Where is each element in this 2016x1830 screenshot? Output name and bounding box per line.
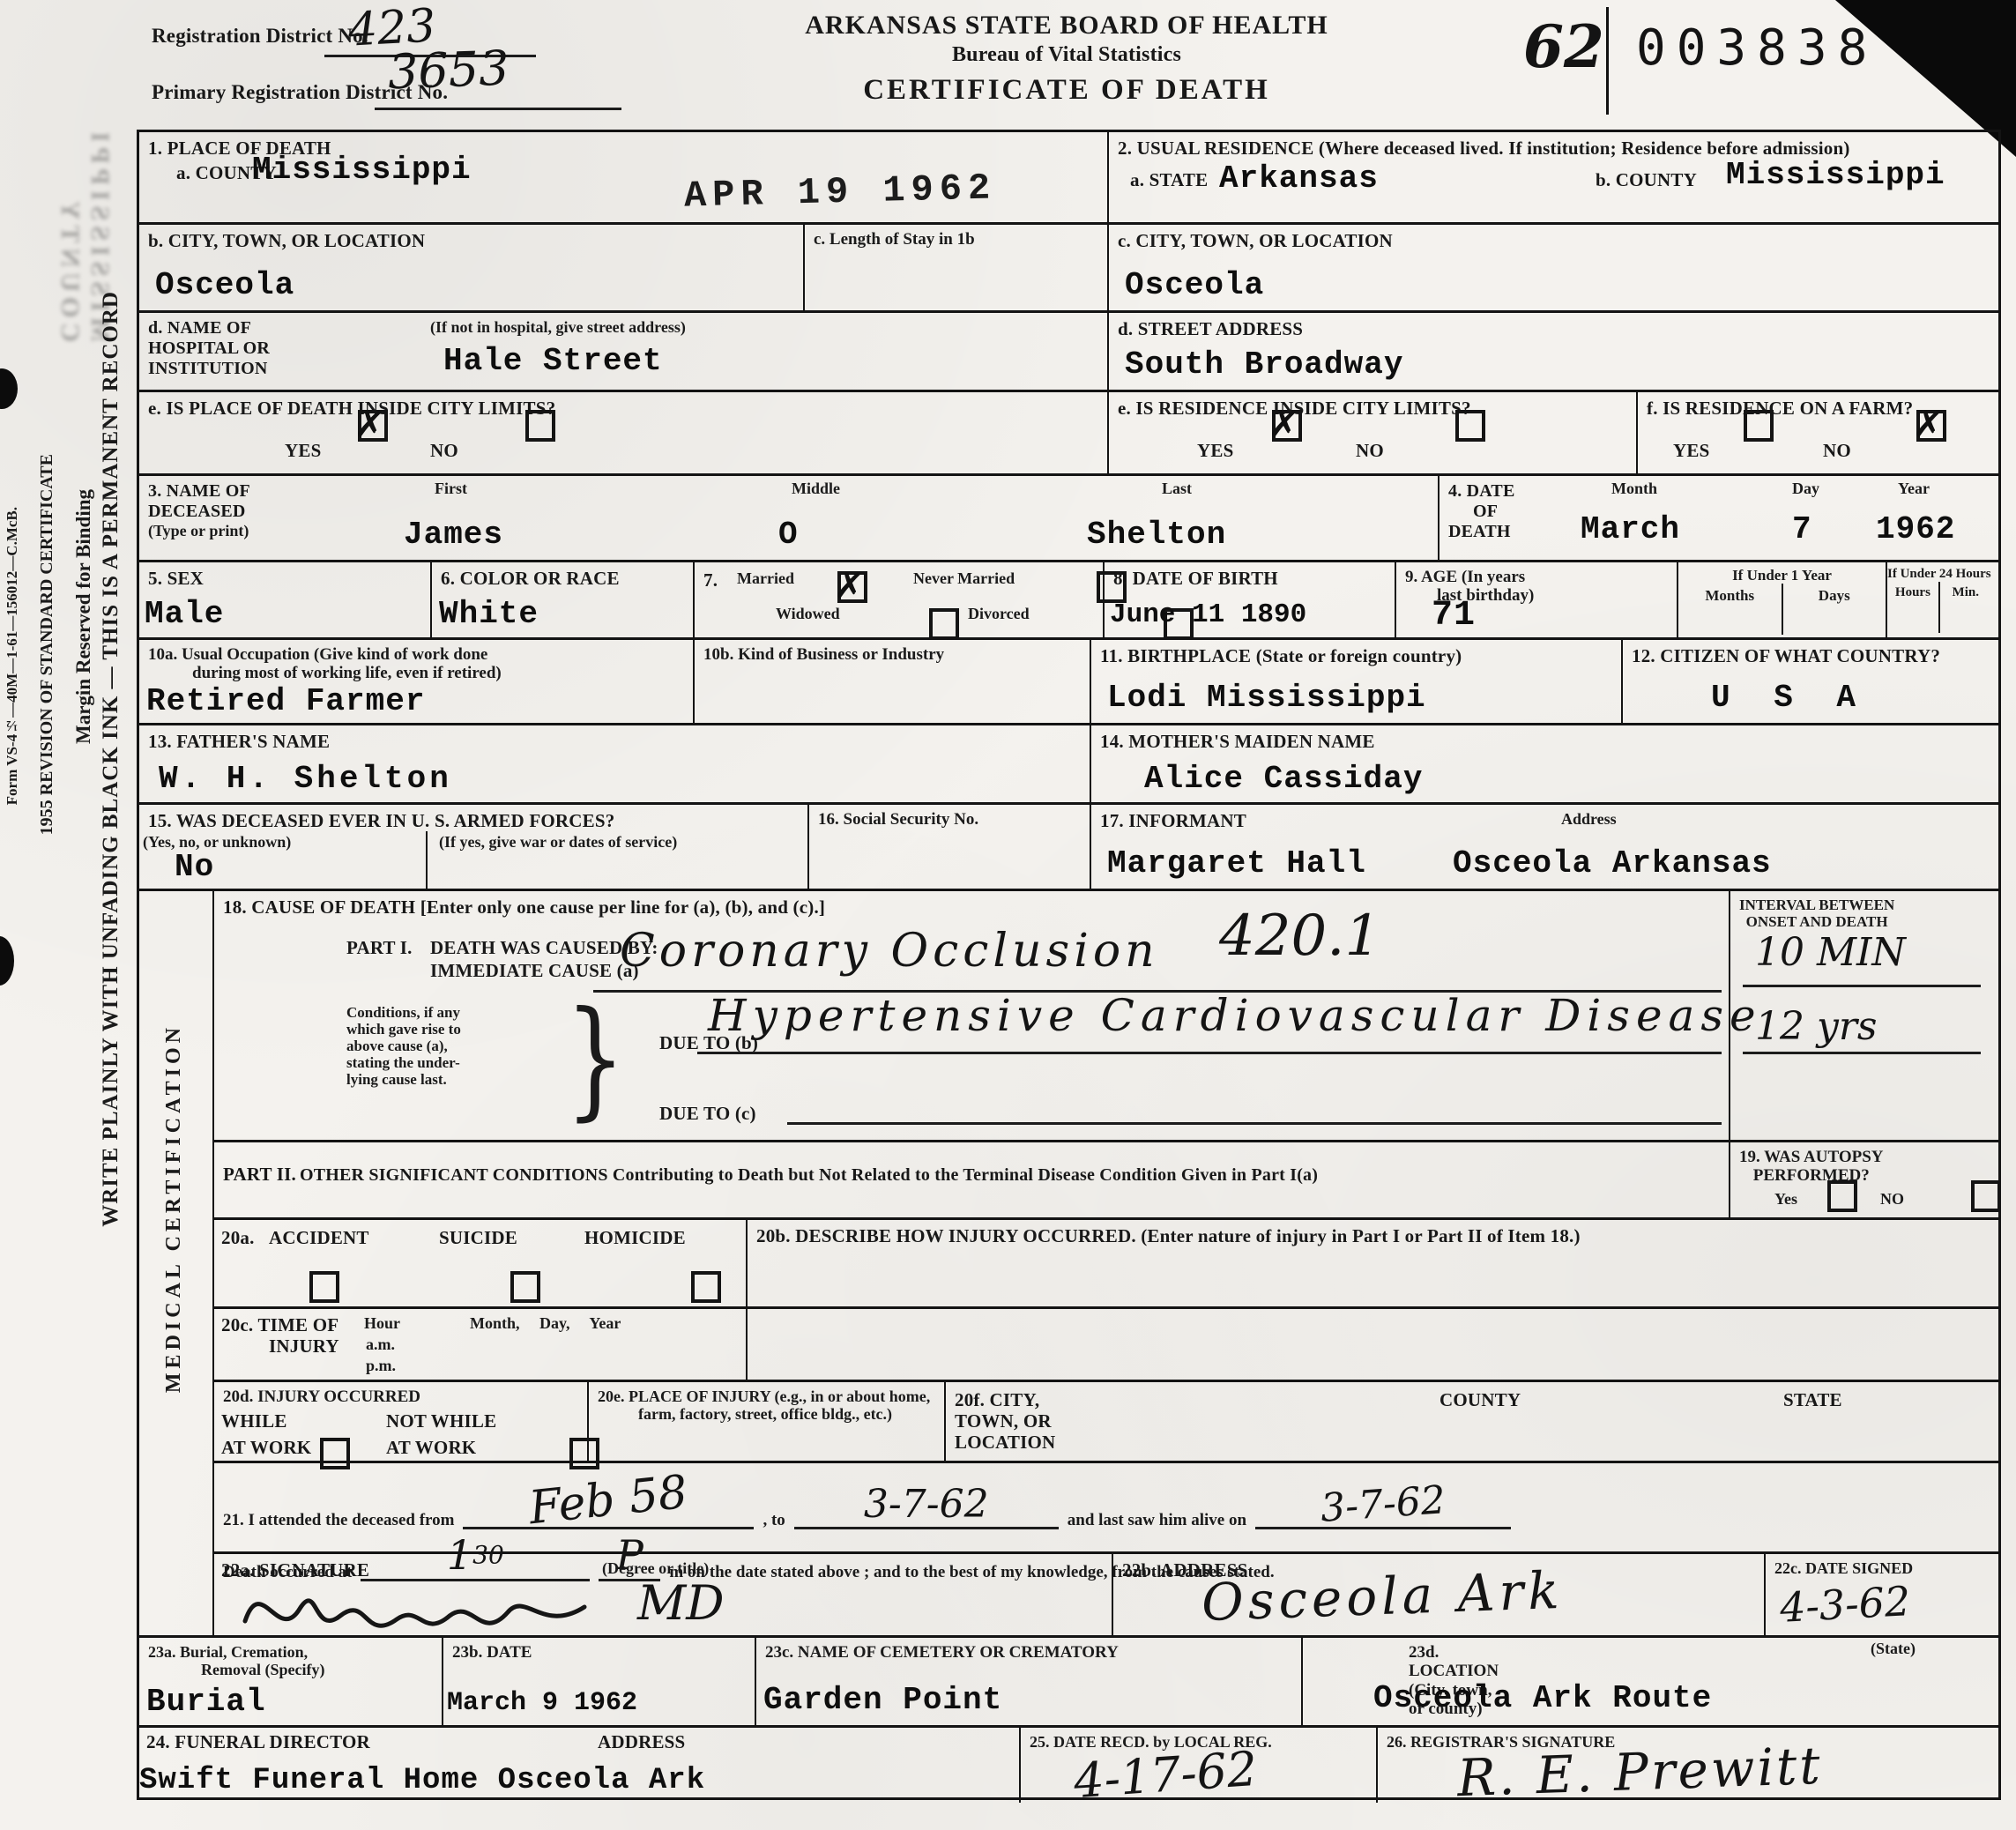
min-label: Min.: [1940, 582, 1991, 633]
certificate-number: 003838: [1636, 19, 1878, 77]
funeral-director-value[interactable]: Swift Funeral Home Osceola Ark: [139, 1764, 705, 1797]
cemetery-value[interactable]: Garden Point: [763, 1682, 1002, 1718]
interval-label: INTERVAL BETWEEN: [1739, 896, 1894, 913]
injury-county-label: COUNTY: [1439, 1389, 1521, 1410]
birthplace-cell: 11. BIRTHPLACE (State or foreign country…: [1091, 640, 1623, 723]
physician-signature-cell: 22a. SIGNATURE (Degree or title) MD: [214, 1554, 1113, 1635]
injury-blank-cell: [748, 1309, 765, 1380]
funeral-director-cell: 24. FUNERAL DIRECTOR ADDRESS Swift Funer…: [139, 1728, 1021, 1803]
board-title: ARKANSAS STATE BOARD OF HEALTH: [776, 11, 1358, 41]
death-month-value[interactable]: March: [1581, 511, 1680, 547]
hospital-cell: d. NAME OF HOSPITAL OR INSTITUTION (If n…: [139, 313, 1109, 390]
occupation-label: 10a. Usual Occupation (Give kind of work…: [148, 645, 684, 664]
sex-value[interactable]: Male: [145, 596, 224, 632]
informant-address-value[interactable]: Osceola Arkansas: [1453, 845, 1772, 882]
cemetery-label: 23c. NAME OF CEMETERY OR CREMATORY: [765, 1643, 1292, 1662]
father-name-value[interactable]: W. H. Shelton: [159, 761, 452, 797]
date-received-value[interactable]: 4-17-62: [1072, 1741, 1259, 1809]
sex-cell: 5. SEX Male: [139, 562, 432, 637]
primary-district-value[interactable]: 3653: [387, 41, 510, 100]
registration-district-label: Registration District No.: [152, 25, 368, 48]
place-city-label: b. CITY, TOWN, OR LOCATION: [148, 230, 794, 251]
residence-city-value[interactable]: Osceola: [1125, 267, 1264, 303]
death-limits-yes-checkbox[interactable]: ✗: [358, 410, 388, 442]
certificate-form: 1. PLACE OF DEATH a. COUNTY Mississippi …: [137, 130, 2001, 1800]
mother-name-cell: 14. MOTHER'S MAIDEN NAME Alice Cassiday: [1091, 725, 1384, 802]
burial-location-cell: 23d. LOCATION (City, town, or county) (S…: [1303, 1638, 1320, 1725]
last-saw-alive-field[interactable]: 3-7-62: [1255, 1482, 1511, 1529]
date-signed-cell: 22c. DATE SIGNED 4-3-62: [1766, 1554, 1922, 1635]
attended-to-field[interactable]: 3-7-62: [794, 1482, 1059, 1529]
burial-date-value[interactable]: March 9 1962: [447, 1688, 637, 1718]
burial-date-cell: 23b. DATE March 9 1962: [443, 1638, 756, 1725]
accident-checkbox[interactable]: [309, 1271, 339, 1303]
informant-label: 17. INFORMANT: [1100, 810, 1246, 831]
informant-value[interactable]: Margaret Hall: [1107, 845, 1366, 882]
residence-county-label: b. COUNTY: [1596, 169, 1697, 190]
registrar-signature-cell: 26. REGISTRAR'S SIGNATURE R. E. Prewitt: [1378, 1728, 1624, 1803]
physician-signature-scrawl[interactable]: [236, 1566, 589, 1637]
registrar-signature-value[interactable]: R. E. Prewitt: [1456, 1736, 1824, 1808]
injury-city-label: 20f. CITY, TOWN, OR LOCATION: [955, 1389, 1055, 1453]
suicide-checkbox[interactable]: [510, 1271, 540, 1303]
homicide-checkbox[interactable]: [691, 1271, 721, 1303]
autopsy-label: 19. WAS AUTOPSY: [1739, 1148, 1884, 1166]
attended-statement-cell: 21. I attended the deceased from Feb 58 …: [214, 1463, 1520, 1551]
age-value[interactable]: 71: [1432, 596, 1476, 636]
autopsy-no-checkbox[interactable]: [1971, 1180, 2001, 1212]
injury-city-cell: 20f. CITY, TOWN, OR LOCATION COUNTY STAT…: [946, 1382, 963, 1461]
time-of-injury-cell: 20c. TIME OF INJURY Hour a.m. p.m. Month…: [214, 1309, 748, 1380]
name-of-deceased-cell: 3. NAME OF DECEASED (Type or print) Firs…: [139, 476, 1439, 560]
race-label: 6. COLOR OR RACE: [441, 568, 684, 589]
race-cell: 6. COLOR OR RACE White: [432, 562, 695, 637]
residence-farm-label: f. IS RESIDENCE ON A FARM?: [1647, 398, 1913, 419]
residence-farm-cell: f. IS RESIDENCE ON A FARM? YES NO ✗: [1638, 392, 1922, 473]
conditions-brace: }: [565, 985, 626, 1134]
time-of-injury-label: 20c. TIME OF: [221, 1314, 338, 1335]
degree-value[interactable]: MD: [637, 1575, 725, 1631]
burial-state-label: (State): [1871, 1640, 1916, 1658]
occupation-value[interactable]: Retired Farmer: [146, 683, 425, 719]
autopsy-cell: 19. WAS AUTOPSY PERFORMED? Yes NO: [1730, 1142, 1893, 1217]
date-received-cell: 25. DATE RECD. by LOCAL REG. 4-17-62: [1021, 1728, 1378, 1803]
date-of-birth-cell: 8. DATE OF BIRTH June 11 1890: [1105, 562, 1396, 637]
place-city-value[interactable]: Osceola: [155, 267, 294, 303]
length-of-stay-label: c. Length of Stay in 1b: [814, 230, 1098, 249]
attended-label: 21. I attended the deceased from: [223, 1511, 454, 1529]
length-of-stay-cell: c. Length of Stay in 1b: [805, 225, 1109, 310]
mother-name-label: 14. MOTHER'S MAIDEN NAME: [1100, 731, 1375, 752]
residence-city-cell: c. CITY, TOWN, OR LOCATION Osceola: [1109, 225, 1402, 310]
funeral-director-label: 24. FUNERAL DIRECTOR: [146, 1731, 370, 1752]
age-cell: 9. AGE (In years last birthday) 71: [1396, 562, 1678, 637]
place-city-cell: b. CITY, TOWN, OR LOCATION Osceola: [139, 225, 805, 310]
death-city-limits-cell: e. IS PLACE OF DEATH INSIDE CITY LIMITS?…: [139, 392, 1109, 473]
burial-type-cell: 23a. Burial, Cremation, Removal (Specify…: [139, 1638, 443, 1725]
injury-at-work-cell: 20d. INJURY OCCURRED WHILE NOT WHILE AT …: [214, 1382, 589, 1461]
death-city-limits-label: e. IS PLACE OF DEATH INSIDE CITY LIMITS?: [148, 398, 1098, 419]
mother-name-value[interactable]: Alice Cassiday: [1144, 761, 1423, 797]
father-name-label: 13. FATHER'S NAME: [148, 731, 1081, 752]
cause-code-value[interactable]: 420.1: [1219, 904, 1380, 969]
under-24-hours-cell: If Under 24 Hours Hours Min.: [1887, 562, 1991, 637]
certificate-title: CERTIFICATE OF DEATH: [776, 74, 1358, 108]
burial-location-value[interactable]: Osceola Ark Route: [1373, 1680, 1712, 1716]
street-address-cell: d. STREET ADDRESS South Broadway: [1109, 313, 1312, 390]
residence-state-value[interactable]: Arkansas: [1219, 160, 1379, 197]
residence-limits-no-checkbox[interactable]: [1455, 410, 1485, 442]
place-of-injury-label: 20e. PLACE OF INJURY (e.g., in or about …: [598, 1387, 935, 1405]
residence-limits-yes-checkbox[interactable]: ✗: [1272, 410, 1302, 442]
residence-city-limits-cell: e. IS RESIDENCE INSIDE CITY LIMITS? YES …: [1109, 392, 1638, 473]
name-of-deceased-label: 3. NAME OF: [148, 481, 1429, 502]
under-one-year-cell: If Under 1 Year Months Days: [1678, 562, 1887, 637]
widowed-checkbox[interactable]: [929, 608, 959, 640]
farm-no-checkbox[interactable]: ✗: [1916, 410, 1946, 442]
hospital-value[interactable]: Hale Street: [443, 343, 663, 379]
death-certificate-scan: MISSISSIPPI COUNTY Form VS-4½—40M—1-61—1…: [0, 0, 2016, 1830]
months-label: Months: [1678, 584, 1783, 635]
revision-note-label: 1955 REVISION OF STANDARD CERTIFICATE: [37, 454, 57, 835]
death-day-value[interactable]: 7: [1792, 511, 1812, 547]
race-value[interactable]: White: [439, 596, 539, 632]
burial-type-label: 23a. Burial, Cremation,: [148, 1643, 433, 1661]
usual-residence-title: 2. USUAL RESIDENCE (Where deceased lived…: [1118, 138, 1850, 159]
ssn-cell: 16. Social Security No.: [809, 805, 1091, 889]
due-to-b-value[interactable]: Hypertensive Cardiovascular Disease: [708, 990, 1762, 1041]
death-year-value[interactable]: 1962: [1876, 511, 1955, 547]
ink-blot: [0, 936, 14, 986]
physician-address-value[interactable]: Osceola Ark: [1201, 1560, 1564, 1633]
armed-forces-value[interactable]: No: [175, 849, 214, 885]
citizen-cell: 12. CITIZEN OF WHAT COUNTRY? U S A: [1623, 640, 1949, 723]
residence-city-label: c. CITY, TOWN, OR LOCATION: [1118, 230, 1393, 251]
year-code-value: 62: [1523, 12, 1604, 81]
citizen-label: 12. CITIZEN OF WHAT COUNTRY?: [1632, 645, 1940, 666]
date-signed-label: 22c. DATE SIGNED: [1774, 1559, 1913, 1577]
place-county-value[interactable]: Mississippi: [252, 152, 472, 188]
burial-date-label: 23b. DATE: [452, 1643, 746, 1662]
residence-state-label: a. STATE: [1130, 169, 1208, 190]
form-code-label: Form VS-4½—40M—1-61—156012—C.McB.: [4, 507, 21, 805]
received-date-stamp: APR 19 1962: [683, 167, 996, 217]
birthplace-value[interactable]: Lodi Mississippi: [1107, 680, 1426, 716]
married-checkbox[interactable]: ✗: [837, 571, 867, 603]
immediate-cause-value[interactable]: Coronary Occlusion: [620, 925, 1159, 978]
birthplace-label: 11. BIRTHPLACE (State or foreign country…: [1100, 645, 1612, 666]
ssn-label: 16. Social Security No.: [818, 810, 1081, 829]
interval-cell: INTERVAL BETWEEN ONSET AND DEATH 10 MIN …: [1730, 891, 1903, 1140]
date-of-death-label: 4. DATE: [1448, 481, 1514, 502]
residence-city-limits-label: e. IS RESIDENCE INSIDE CITY LIMITS?: [1118, 398, 1627, 419]
injury-at-work-label: 20d. INJURY OCCURRED: [223, 1387, 578, 1406]
armed-forces-label: 15. WAS DECEASED EVER IN U. S. ARMED FOR…: [148, 810, 799, 831]
burial-type-value[interactable]: Burial: [146, 1684, 266, 1720]
industry-cell: 10b. Kind of Business or Industry: [695, 640, 1091, 723]
interval-b-value[interactable]: 12 yrs: [1755, 1004, 1877, 1049]
industry-label: 10b. Kind of Business or Industry: [703, 645, 1081, 664]
place-of-injury-cell: 20e. PLACE OF INJURY (e.g., in or about …: [589, 1382, 946, 1461]
funeral-director-address-label: ADDRESS: [598, 1731, 685, 1752]
date-of-birth-label: 8. DATE OF BIRTH: [1113, 568, 1386, 589]
date-of-death-cell: 4. DATE OF DEATH Month Day Year March 7 …: [1439, 476, 1523, 560]
armed-forces-cell: 15. WAS DECEASED EVER IN U. S. ARMED FOR…: [139, 805, 809, 889]
physician-address-cell: 22b. ADDRESS Osceola Ark: [1113, 1554, 1766, 1635]
date-signed-value[interactable]: 4-3-62: [1779, 1577, 1912, 1632]
occupation-cell: 10a. Usual Occupation (Give kind of work…: [139, 640, 695, 723]
attended-from-field[interactable]: Feb 58: [463, 1474, 754, 1529]
street-address-value[interactable]: South Broadway: [1125, 346, 1403, 383]
days-label: Days: [1783, 584, 1886, 635]
age-label: 9. AGE (In years: [1405, 568, 1668, 586]
middle-name-value[interactable]: O: [778, 517, 799, 553]
accident-suicide-homicide-cell: 20a. ACCIDENT SUICIDE HOMICIDE: [214, 1220, 748, 1306]
hours-label: Hours: [1887, 582, 1940, 633]
street-address-label: d. STREET ADDRESS: [1118, 318, 1303, 339]
usual-residence-cell: 2. USUAL RESIDENCE (Where deceased lived…: [1109, 132, 1859, 222]
injury-state-label: STATE: [1783, 1389, 1842, 1410]
describe-injury-cell: 20b. DESCRIBE HOW INJURY OCCURRED. (Ente…: [748, 1220, 1589, 1306]
permanent-record-label: WRITE PLAINLY WITH UNFADING BLACK INK — …: [99, 291, 123, 1227]
medical-certification-label: MEDICAL CERTIFICATION: [162, 1023, 186, 1393]
medical-certification-strip: MEDICAL CERTIFICATION: [139, 891, 214, 1635]
date-of-birth-value[interactable]: June 11 1890: [1110, 599, 1306, 630]
bureau-subtitle: Bureau of Vital Statistics: [776, 43, 1358, 68]
serial-divider: [1606, 7, 1609, 115]
part2-cell: PART II. OTHER SIGNIFICANT CONDITIONS Co…: [214, 1142, 1730, 1217]
death-limits-no-checkbox[interactable]: [525, 410, 555, 442]
marital-status-cell: 7. Married ✗ Never Married Widowed Divor…: [695, 562, 1105, 637]
autopsy-yes-checkbox[interactable]: [1827, 1180, 1857, 1212]
citizen-value[interactable]: U S A: [1711, 680, 1868, 716]
first-name-value[interactable]: James: [404, 517, 503, 553]
hospital-note: (If not in hospital, give street address…: [430, 318, 686, 337]
sex-label: 5. SEX: [148, 568, 421, 589]
father-name-cell: 13. FATHER'S NAME W. H. Shelton: [139, 725, 1091, 802]
cemetery-cell: 23c. NAME OF CEMETERY OR CREMATORY Garde…: [756, 1638, 1303, 1725]
residence-county-value[interactable]: Mississippi: [1726, 157, 1945, 193]
describe-injury-label: 20b. DESCRIBE HOW INJURY OCCURRED. (Ente…: [756, 1225, 1581, 1246]
last-name-value[interactable]: Shelton: [1087, 517, 1226, 553]
farm-yes-checkbox[interactable]: [1744, 410, 1774, 442]
cause-of-death-title: 18. CAUSE OF DEATH [Enter only one cause…: [223, 896, 1720, 918]
ink-blot: [0, 368, 18, 409]
place-of-death-county-cell: 1. PLACE OF DEATH a. COUNTY Mississippi …: [139, 132, 1109, 222]
informant-cell: 17. INFORMANT Address Margaret Hall Osce…: [1091, 805, 1255, 889]
interval-a-value[interactable]: 10 MIN: [1755, 930, 1906, 975]
part2-text: OTHER SIGNIFICANT CONDITIONS Contributin…: [300, 1165, 1318, 1185]
cause-of-death-cell: 18. CAUSE OF DEATH [Enter only one cause…: [214, 891, 1730, 1140]
binding-margin-label: Margin Reserved for Binding: [72, 489, 95, 744]
